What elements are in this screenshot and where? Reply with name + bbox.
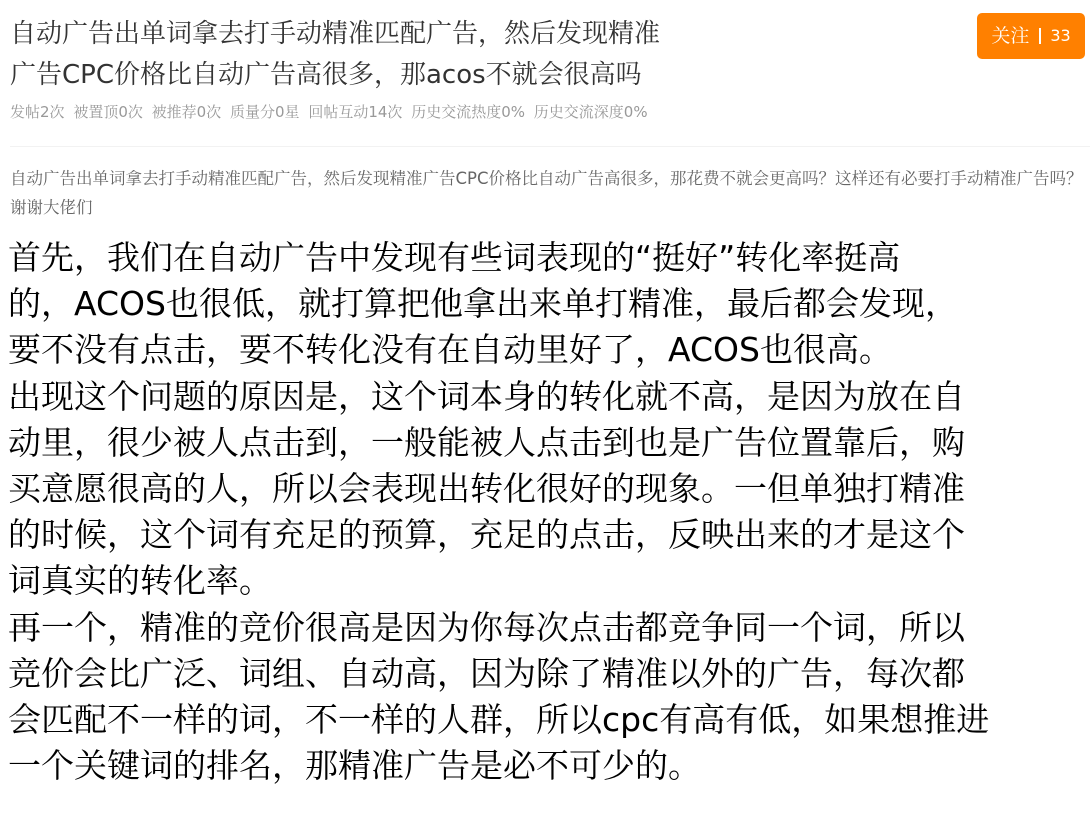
answer-line: 的，ACOS也很低，就打算把他拿出来单打精准，最后都会发现，	[8, 281, 1086, 327]
answer-body: 首先，我们在自动广告中发现有些词表现的“挺好”转化率挺高 的，ACOS也很低，就…	[8, 235, 1086, 789]
answer-line: 要不没有点击，要不转化没有在自动里好了，ACOS也很高。	[8, 327, 1086, 373]
post-title-line: 广告CPC价格比自动广告高很多，那acos不就会很高吗	[10, 55, 730, 96]
stat-posts: 发帖2次	[10, 103, 65, 121]
post-header: 自动广告出单词拿去打手动精准匹配广告，然后发现精准 广告CPC价格比自动广告高很…	[0, 0, 1090, 146]
answer-paragraph: 首先，我们在自动广告中发现有些词表现的“挺好”转化率挺高 的，ACOS也很低，就…	[8, 235, 1086, 374]
answer-paragraph: 再一个，精准的竞价很高是因为你每次点击都竞争同一个词，所以 竞价会比广泛、词组、…	[8, 605, 1086, 790]
post-title-line: 自动广告出单词拿去打手动精准匹配广告，然后发现精准	[10, 14, 730, 55]
answer-paragraph: 出现这个问题的原因是，这个词本身的转化就不高，是因为放在自 动里，很少被人点击到…	[8, 374, 1086, 605]
answer-line: 一个关键词的排名，那精准广告是必不可少的。	[8, 743, 1086, 789]
stat-reply-interactions: 回帖互动14次	[308, 103, 402, 121]
post-title: 自动广告出单词拿去打手动精准匹配广告，然后发现精准 广告CPC价格比自动广告高很…	[10, 14, 730, 96]
stat-quality-score: 质量分0星	[230, 103, 300, 121]
answer-line: 的时候，这个词有充足的预算，充足的点击，反映出来的才是这个	[8, 512, 1086, 558]
answer-line: 词真实的转化率。	[8, 558, 1086, 604]
answer-line: 买意愿很高的人，所以会表现出转化很好的现象。一但单独打精准	[8, 466, 1086, 512]
answer-line: 首先，我们在自动广告中发现有些词表现的“挺好”转化率挺高	[8, 235, 1086, 281]
author-stats: 发帖2次 被置顶0次 被推荐0次 质量分0星 回帖互动14次 历史交流热度0% …	[10, 101, 652, 123]
stat-history-depth: 历史交流深度0%	[534, 103, 648, 121]
follow-button[interactable]: 关注 33	[977, 13, 1085, 59]
stat-pinned: 被置顶0次	[73, 103, 143, 121]
follow-separator	[1039, 28, 1041, 44]
stat-history-heat: 历史交流热度0%	[411, 103, 525, 121]
follower-count: 33	[1050, 28, 1070, 44]
answer-line: 会匹配不一样的词，不一样的人群，所以cpc有高有低，如果想推进	[8, 697, 1086, 743]
answer-line: 出现这个问题的原因是，这个词本身的转化就不高，是因为放在自	[8, 374, 1086, 420]
answer-line: 再一个，精准的竞价很高是因为你每次点击都竞争同一个词，所以	[8, 605, 1086, 651]
follow-label: 关注	[991, 27, 1029, 46]
divider	[10, 146, 1090, 147]
answer-line: 动里，很少被人点击到，一般能被人点击到也是广告位置靠后，购	[8, 420, 1086, 466]
stat-recommended: 被推荐0次	[152, 103, 222, 121]
answer-line: 竞价会比广泛、词组、自动高，因为除了精准以外的广告，每次都	[8, 651, 1086, 697]
post-description: 自动广告出单词拿去打手动精准匹配广告，然后发现精准广告CPC价格比自动广告高很多…	[10, 164, 1085, 222]
